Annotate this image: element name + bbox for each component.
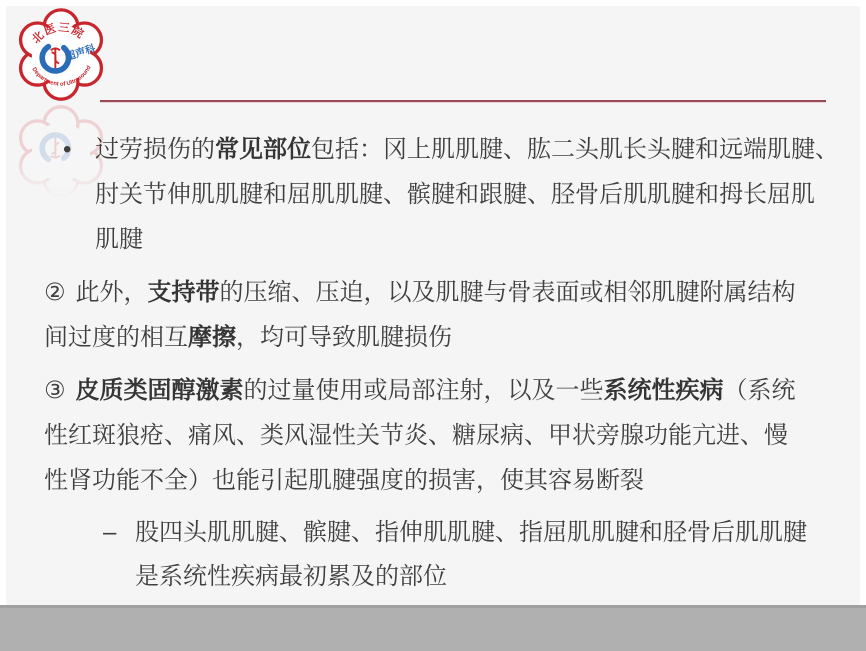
- paragraph-text: 过劳损伤的常见部位包括：冈上肌肌腱、肱二头肌长头腱和远端肌腱、 肘关节伸肌肌腱和…: [95, 127, 839, 262]
- hospital-logo-emblem: 北医三院 超声科 Department of Ultrasound: [14, 8, 108, 102]
- text-line: 是系统性疾病最初累及的部位: [135, 555, 807, 599]
- footer-bar: [0, 605, 866, 651]
- text-line: 间过度的相互摩擦，均可导致肌腱损伤: [44, 315, 836, 360]
- text-line: ②此外，支持带的压缩、压迫，以及肌腱与骨表面或相邻肌腱附属结构: [44, 270, 836, 315]
- slide-frame: 北医三院 超声科 Department of Ultrasound: [0, 0, 866, 651]
- text-line: 肘关节伸肌肌腱和屈肌肌腱、髌腱和跟腱、胫骨后肌肌腱和拇长屈肌: [95, 172, 839, 217]
- text-line: 性肾功能不全）也能引起肌腱强度的损害，使其容易断裂: [44, 458, 836, 503]
- text-line: 性红斑狼疮、痛风、类风湿性关节炎、糖尿病、甲状旁腺功能亢进、慢: [44, 413, 836, 458]
- subbullet-systemic-sites: – 股四头肌肌腱、髌腱、指伸肌肌腱、指屈肌肌腱和胫骨后肌肌腱 是系统性疾病最初累…: [103, 511, 866, 599]
- slide-body: • 过劳损伤的常见部位包括：冈上肌肌腱、肱二头肌长头腱和远端肌腱、 肘关节伸肌肌…: [0, 127, 866, 599]
- text-line: 股四头肌肌腱、髌腱、指伸肌肌腱、指屈肌肌腱和胫骨后肌肌腱: [135, 511, 807, 555]
- bullet-dot-marker: •: [63, 127, 95, 262]
- text-line: 肌腱: [95, 217, 839, 262]
- circled-3-marker: ③: [44, 377, 66, 404]
- text-line: ③皮质类固醇激素的过量使用或局部注射，以及一些系统性疾病（系统: [44, 368, 836, 413]
- header-divider-glow: [100, 102, 826, 103]
- hospital-logo: 北医三院 超声科 Department of Ultrasound: [14, 8, 108, 102]
- paragraph-corticosteroid: ③皮质类固醇激素的过量使用或局部注射，以及一些系统性疾病（系统 性红斑狼疮、痛风…: [44, 368, 836, 503]
- dash-marker: –: [103, 511, 135, 599]
- paragraph-text: 股四头肌肌腱、髌腱、指伸肌肌腱、指屈肌肌腱和胫骨后肌肌腱 是系统性疾病最初累及的…: [135, 511, 807, 599]
- paragraph-overuse-sites: • 过劳损伤的常见部位包括：冈上肌肌腱、肱二头肌长头腱和远端肌腱、 肘关节伸肌肌…: [63, 127, 866, 262]
- circled-2-marker: ②: [44, 279, 66, 306]
- paragraph-retinaculum: ②此外，支持带的压缩、压迫，以及肌腱与骨表面或相邻肌腱附属结构 间过度的相互摩擦…: [44, 270, 836, 360]
- text-line: 过劳损伤的常见部位包括：冈上肌肌腱、肱二头肌长头腱和远端肌腱、: [95, 127, 839, 172]
